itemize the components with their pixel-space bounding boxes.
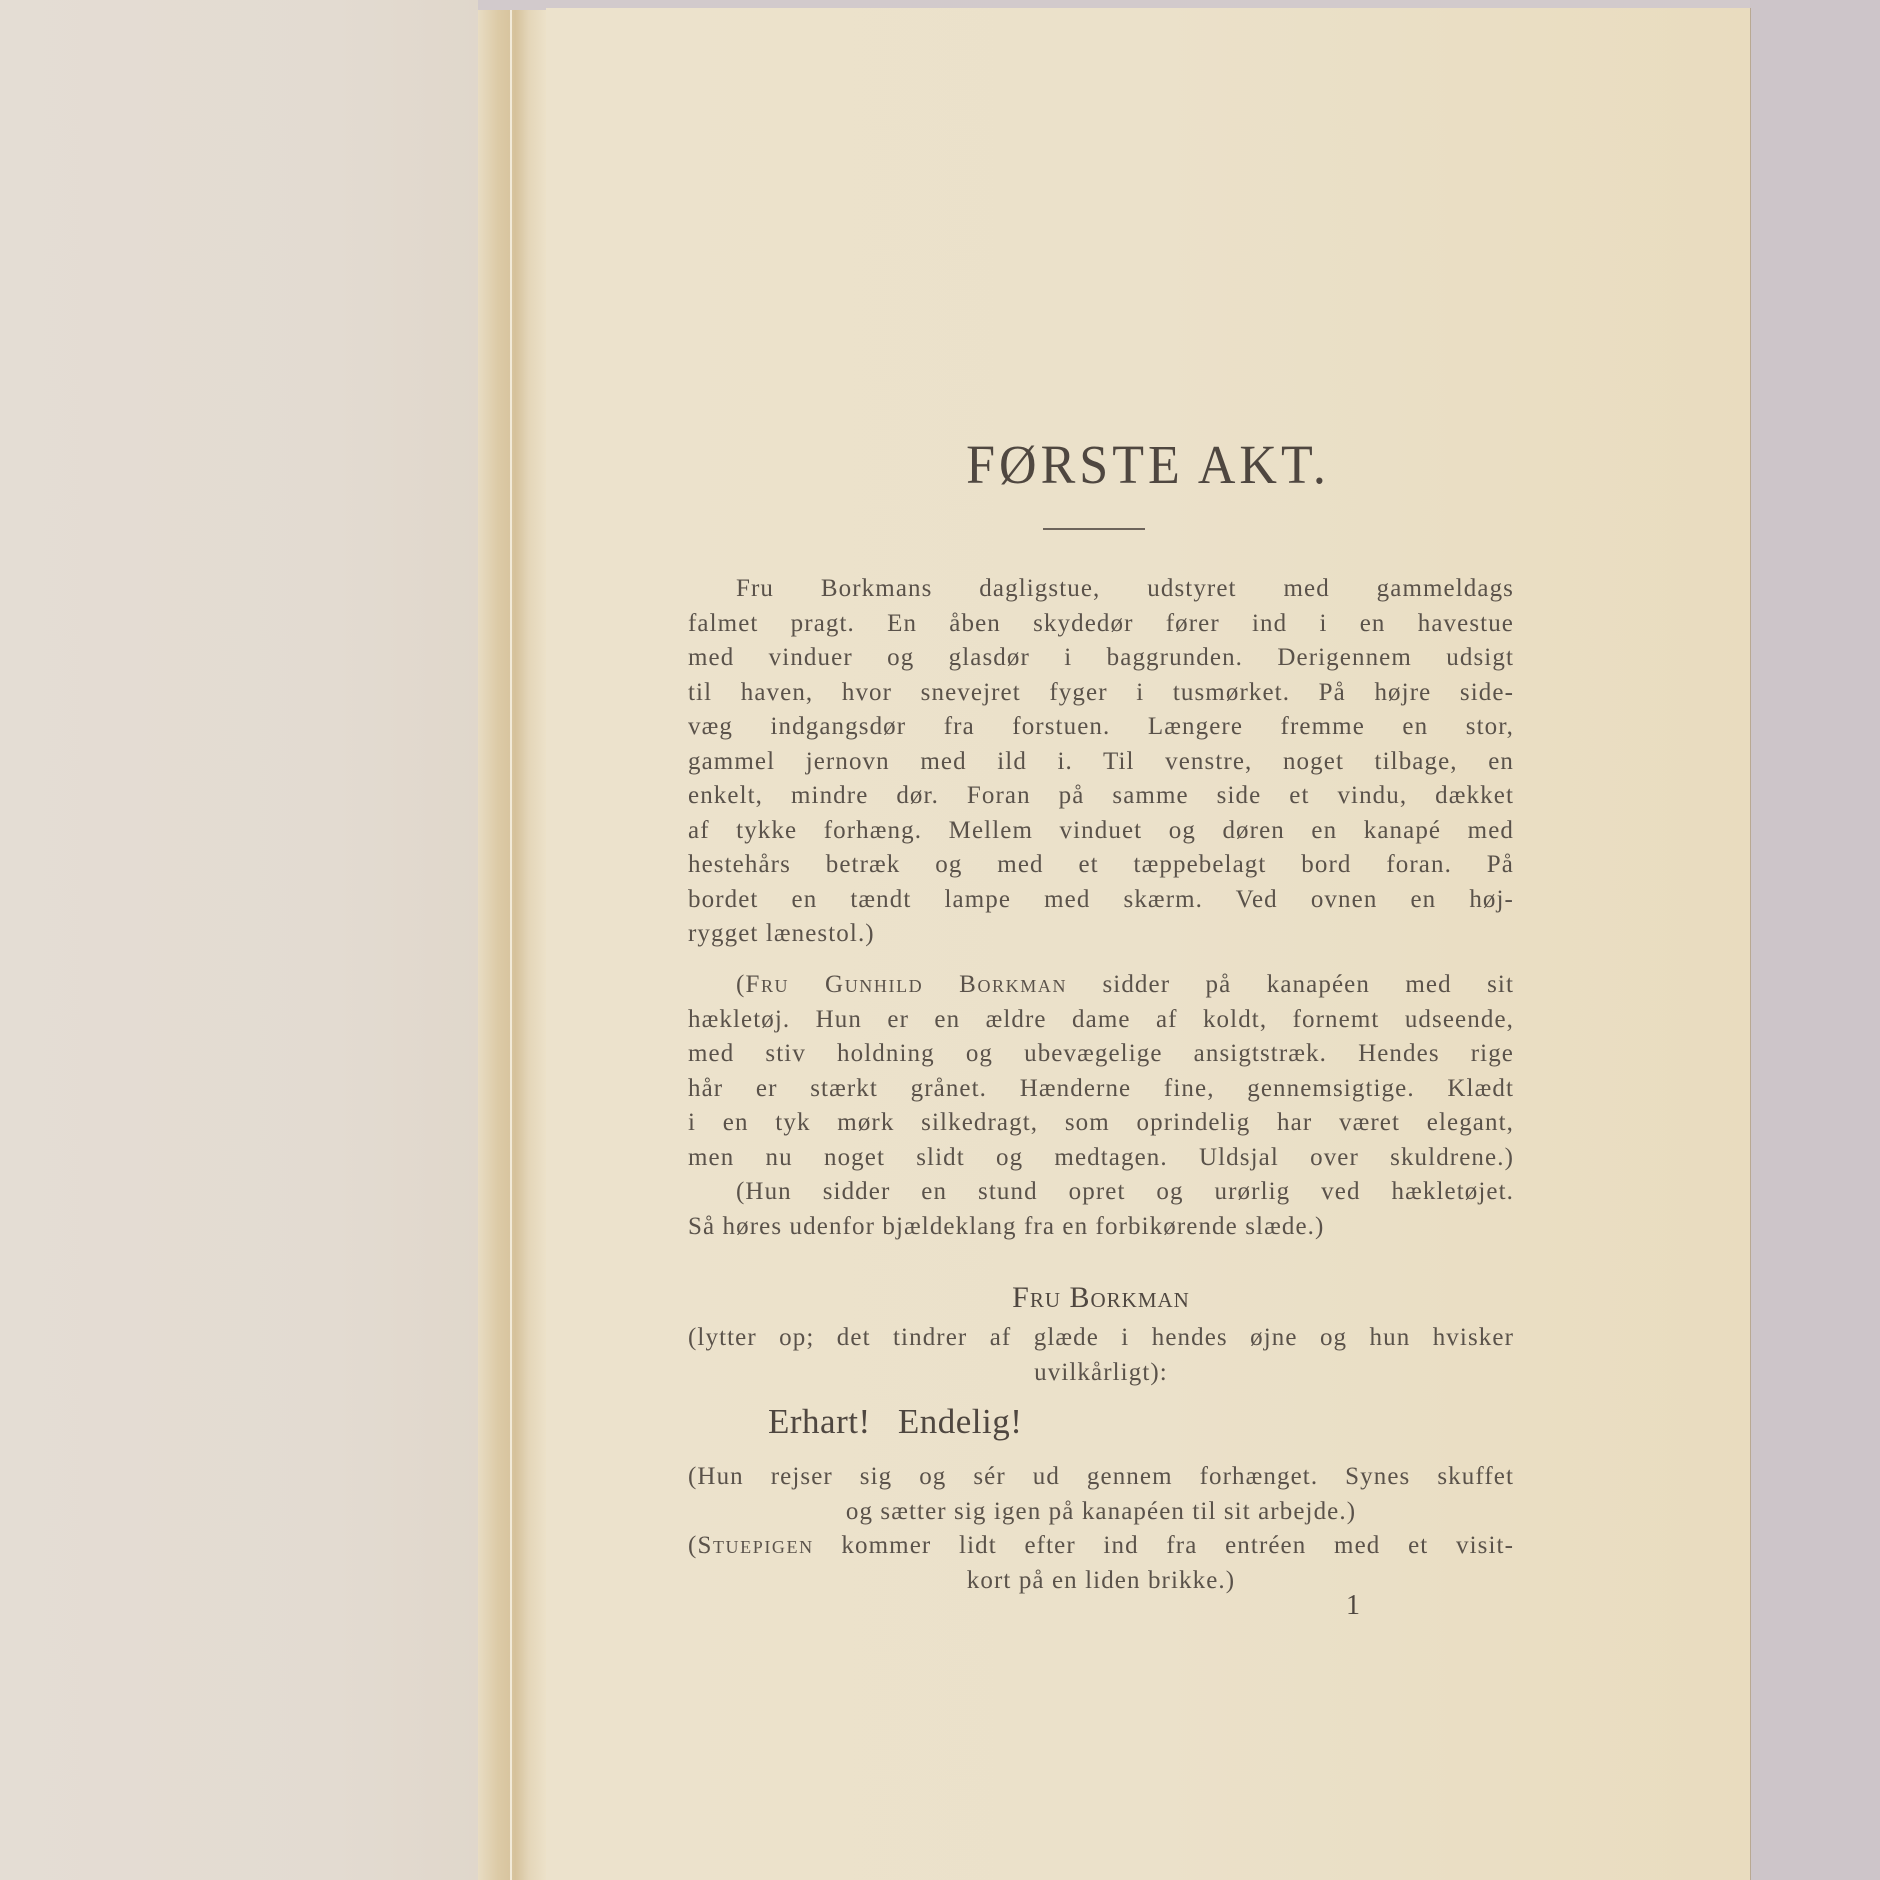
text-line: i en tyk mørk silkedragt, som oprindelig… — [688, 1106, 1514, 1141]
page-number: 1 — [1346, 1590, 1360, 1622]
speaker-direction: (lytter op; det tindrer af glæde i hende… — [688, 1321, 1514, 1390]
text-line: til haven, hvor snevejret fyger i tusmør… — [688, 676, 1514, 711]
speaker-name: Fru Borkman — [688, 1281, 1514, 1315]
book-gutter — [478, 10, 546, 1880]
text-line: hækletøj. Hun er en ældre dame af koldt,… — [688, 1003, 1514, 1038]
text-line: enkelt, mindre dør. Foran på samme side … — [688, 779, 1514, 814]
text-line: (Hun rejser sig og sér ud gennem forhæng… — [688, 1460, 1514, 1495]
stage-direction-curtain: (Hun rejser sig og sér ud gennem forhæng… — [688, 1460, 1514, 1529]
text-line: og sætter sig igen på kanapéen til sit a… — [688, 1495, 1514, 1530]
text-line: Fru Borkmans dagligstue, udstyret med ga… — [688, 572, 1514, 607]
text-line: med vinduer og glasdør i baggrunden. Der… — [688, 641, 1514, 676]
text-line: gammel jernovn med ild i. Til venstre, n… — [688, 745, 1514, 780]
text-line: rygget lænestol.) — [688, 917, 1514, 952]
title-rule-divider — [1043, 528, 1145, 530]
right-text-page: FØRSTE AKT. Fru Borkmans dagligstue, uds… — [546, 8, 1751, 1880]
stage-direction-setting: Fru Borkmans dagligstue, udstyret med ga… — [688, 572, 1514, 952]
background-surface — [1750, 0, 1880, 1880]
stage-direction-character: (Fru Gunhild Borkman sidder på kanapéen … — [688, 968, 1514, 1175]
text-line: bordet en tændt lampe med skærm. Ved ovn… — [688, 883, 1514, 918]
text-line: (lytter op; det tindrer af glæde i hende… — [688, 1321, 1514, 1356]
text-line: Så høres udenfor bjældeklang fra en forb… — [688, 1210, 1514, 1245]
text-line: (Hun sidder en stund opret og urørlig ve… — [688, 1175, 1514, 1210]
character-name: Fru Gunhild Borkman — [745, 971, 1067, 998]
left-blank-page — [0, 0, 480, 1880]
spoken-line: Erhart! Endelig! — [768, 1402, 1022, 1442]
text-line: (Fru Gunhild Borkman sidder på kanapéen … — [688, 968, 1514, 1003]
stage-direction-sleigh: (Hun sidder en stund opret og urørlig ve… — [688, 1175, 1514, 1244]
text-line: hår er stærkt grånet. Hænderne fine, gen… — [688, 1072, 1514, 1107]
character-name: Stuepigen — [697, 1532, 813, 1559]
text-line: falmet pragt. En åben skydedør fører ind… — [688, 607, 1514, 642]
gutter-fold-line — [510, 10, 512, 1880]
text-line: (Stuepigen kommer lidt efter ind fra ent… — [688, 1529, 1514, 1564]
stage-direction-maid: (Stuepigen kommer lidt efter ind fra ent… — [688, 1529, 1514, 1598]
text-line: men nu noget slidt og medtagen. Uldsjal … — [688, 1141, 1514, 1176]
text-line: af tykke forhæng. Mellem vinduet og døre… — [688, 814, 1514, 849]
text-line: hestehårs betræk og med et tæppebelagt b… — [688, 848, 1514, 883]
text-line: kort på en liden brikke.) — [688, 1564, 1514, 1599]
text-line: væg indgangsdør fra forstuen. Længere fr… — [688, 710, 1514, 745]
text-line: med stiv holdning og ubevægelige ansigts… — [688, 1037, 1514, 1072]
text-line: uvilkårligt): — [688, 1356, 1514, 1391]
act-title: FØRSTE AKT. — [546, 435, 1750, 497]
